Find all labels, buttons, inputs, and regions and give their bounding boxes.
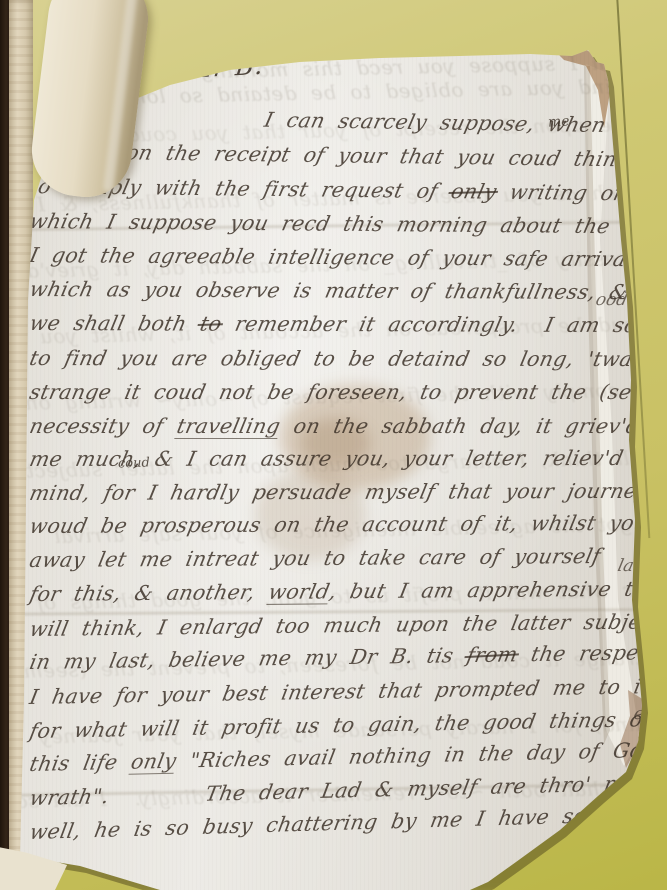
paper-stain: [280, 385, 430, 490]
margin-fragment: ood: [594, 290, 630, 310]
letter-line: necessity of travelling on the sabbath d…: [27, 414, 667, 438]
letter-line: we shall both to remember it accordingly…: [27, 311, 667, 337]
ink-showthrough-line: we shall both ~to~ remember it according…: [24, 775, 654, 812]
inserted-word: coud: [118, 455, 150, 471]
letter-line: for what will it profit us to gain, the …: [28, 707, 667, 743]
letter-line: in my last, believe me my Dr B. tis from…: [28, 640, 667, 674]
ink-showthrough-line: I got the agreeable intelligence of your…: [24, 511, 654, 548]
letter-line: strange it coud not be foreseen, to prev…: [27, 380, 667, 404]
paper-stain: [300, 418, 370, 468]
ink-showthrough-line: mind, for I hardly persuade myself that …: [24, 711, 654, 748]
letter-line: which I suppose you recd this morning ab…: [27, 209, 667, 239]
ink-showthrough-line: to comply with the first request of ~onl…: [24, 377, 654, 414]
letter-line: wrath". The dear Lad & myself are thro' …: [28, 770, 667, 810]
ink-showthrough-line: will think, I enlargd too much upon the …: [24, 445, 654, 482]
letter-line: this life only "Riches avail nothing in …: [28, 737, 667, 776]
inserted-word: me: [547, 113, 570, 130]
letter-line: me much, & I can assure you, your letter…: [27, 446, 667, 471]
fold-crease: [20, 220, 640, 232]
letter-line: woud be prosperous on the account of it,…: [28, 511, 667, 538]
fold-crease: [20, 783, 620, 797]
letter-line: for this, & another, world, but I am app…: [28, 576, 667, 606]
letter-line: to comply with the first request of only…: [27, 174, 667, 206]
letter-line: which as you observe is matter of thankf…: [27, 277, 667, 304]
photo-of-letter: which I suppose you recd this morning ab…: [0, 0, 667, 890]
letter-line: away let me intreat you to take care of …: [28, 543, 667, 572]
ink-showthrough-line: woud be prosperous on the account of it,…: [24, 311, 654, 348]
letter-line: I have for your best interest that promp…: [28, 674, 667, 709]
letter-line: I got the agreeable intelligence of your…: [27, 243, 667, 271]
fold-crease: [20, 608, 640, 616]
letter-line: mind, for I hardly persuade myself that …: [27, 479, 667, 505]
margin-fragment: la: [616, 556, 636, 576]
ink-showthrough-line: for what will it profit us to gain, the …: [24, 577, 654, 614]
ink-showthrough-line: strange it coud not be foreseen, to prev…: [24, 645, 654, 682]
paper-stain: [255, 470, 365, 560]
letter-line: will think, I enlargd too much upon the …: [28, 609, 667, 641]
letter-line: to find you are obliged to be detaind so…: [27, 346, 667, 371]
ink-showthrough-line: necessity of _travelling_ on the sabbath…: [24, 245, 654, 282]
ink-showthrough-line: which as you observe is matter of thankf…: [24, 179, 654, 216]
